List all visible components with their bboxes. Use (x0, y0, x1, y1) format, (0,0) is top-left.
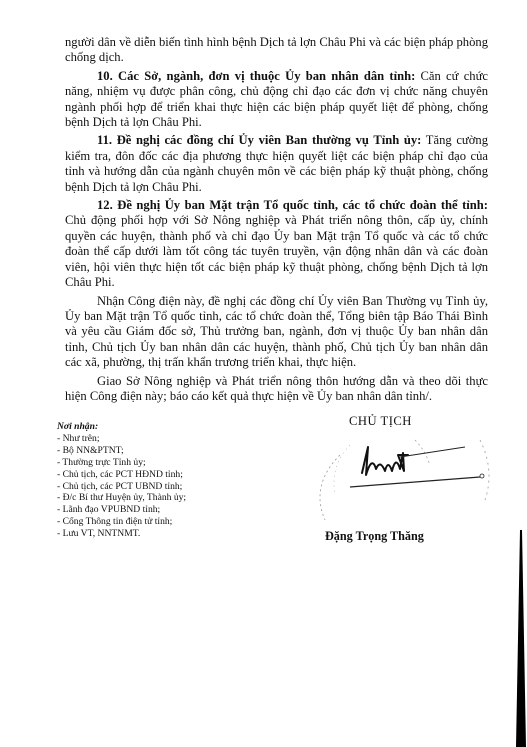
recipient-item: - Đ/c Bí thư Huyện ủy, Thành ủy; (57, 492, 257, 504)
paragraph-text: người dân về diễn biến tình hình bệnh Dị… (65, 35, 488, 64)
recipients-heading: Nơi nhận: (57, 421, 257, 433)
signature-stamp-icon (300, 425, 500, 535)
paragraph-item-12: 12. Đề nghị Ủy ban Mặt trận Tổ quốc tỉnh… (65, 198, 488, 290)
signer-name: Đặng Trọng Thăng (325, 529, 424, 544)
document-body: người dân về diễn biến tình hình bệnh Dị… (65, 35, 488, 407)
paragraph-text: Chủ động phối hợp với Sở Nông nghiệp và … (65, 213, 488, 289)
paragraph-item-10: 10. Các Sở, ngành, đơn vị thuộc Ủy ban n… (65, 69, 488, 131)
paragraph-intro-continuation: người dân về diễn biến tình hình bệnh Dị… (65, 35, 488, 66)
recipients-block: Nơi nhận: - Như trên; - Bộ NN&PTNT; - Th… (57, 421, 257, 540)
paragraph-bold-lead: 10. Các Sở, ngành, đơn vị thuộc Ủy ban n… (97, 69, 415, 83)
paragraph-assignment: Giao Sở Nông nghiệp và Phát triển nông t… (65, 374, 488, 405)
recipient-item: - Thường trực Tỉnh ủy; (57, 457, 257, 469)
paragraph-text: Giao Sở Nông nghiệp và Phát triển nông t… (65, 374, 488, 403)
paragraph-item-11: 11. Đề nghị các đồng chí Ủy viên Ban thư… (65, 133, 488, 195)
recipient-item: - Chủ tịch, các PCT UBND tỉnh; (57, 481, 257, 493)
recipient-item: - Bộ NN&PTNT; (57, 445, 257, 457)
document-page: người dân về diễn biến tình hình bệnh Dị… (0, 0, 527, 747)
recipient-item: - Lưu VT, NNTNMT. (57, 528, 257, 540)
recipient-item: - Lãnh đạo VPUBND tỉnh; (57, 504, 257, 516)
recipient-item: - Như trên; (57, 433, 257, 445)
recipient-item: - Chủ tịch, các PCT HĐND tỉnh; (57, 469, 257, 481)
paragraph-request: Nhận Công điện này, đề nghị các đồng chí… (65, 294, 488, 371)
recipient-item: - Cổng Thông tin điện tử tỉnh; (57, 516, 257, 528)
paragraph-bold-lead: 12. Đề nghị Ủy ban Mặt trận Tổ quốc tỉnh… (97, 198, 488, 212)
paragraph-bold-lead: 11. Đề nghị các đồng chí Ủy viên Ban thư… (97, 133, 421, 147)
paragraph-text: Nhận Công điện này, đề nghị các đồng chí… (65, 294, 488, 370)
scan-edge-shadow-icon (500, 530, 527, 747)
